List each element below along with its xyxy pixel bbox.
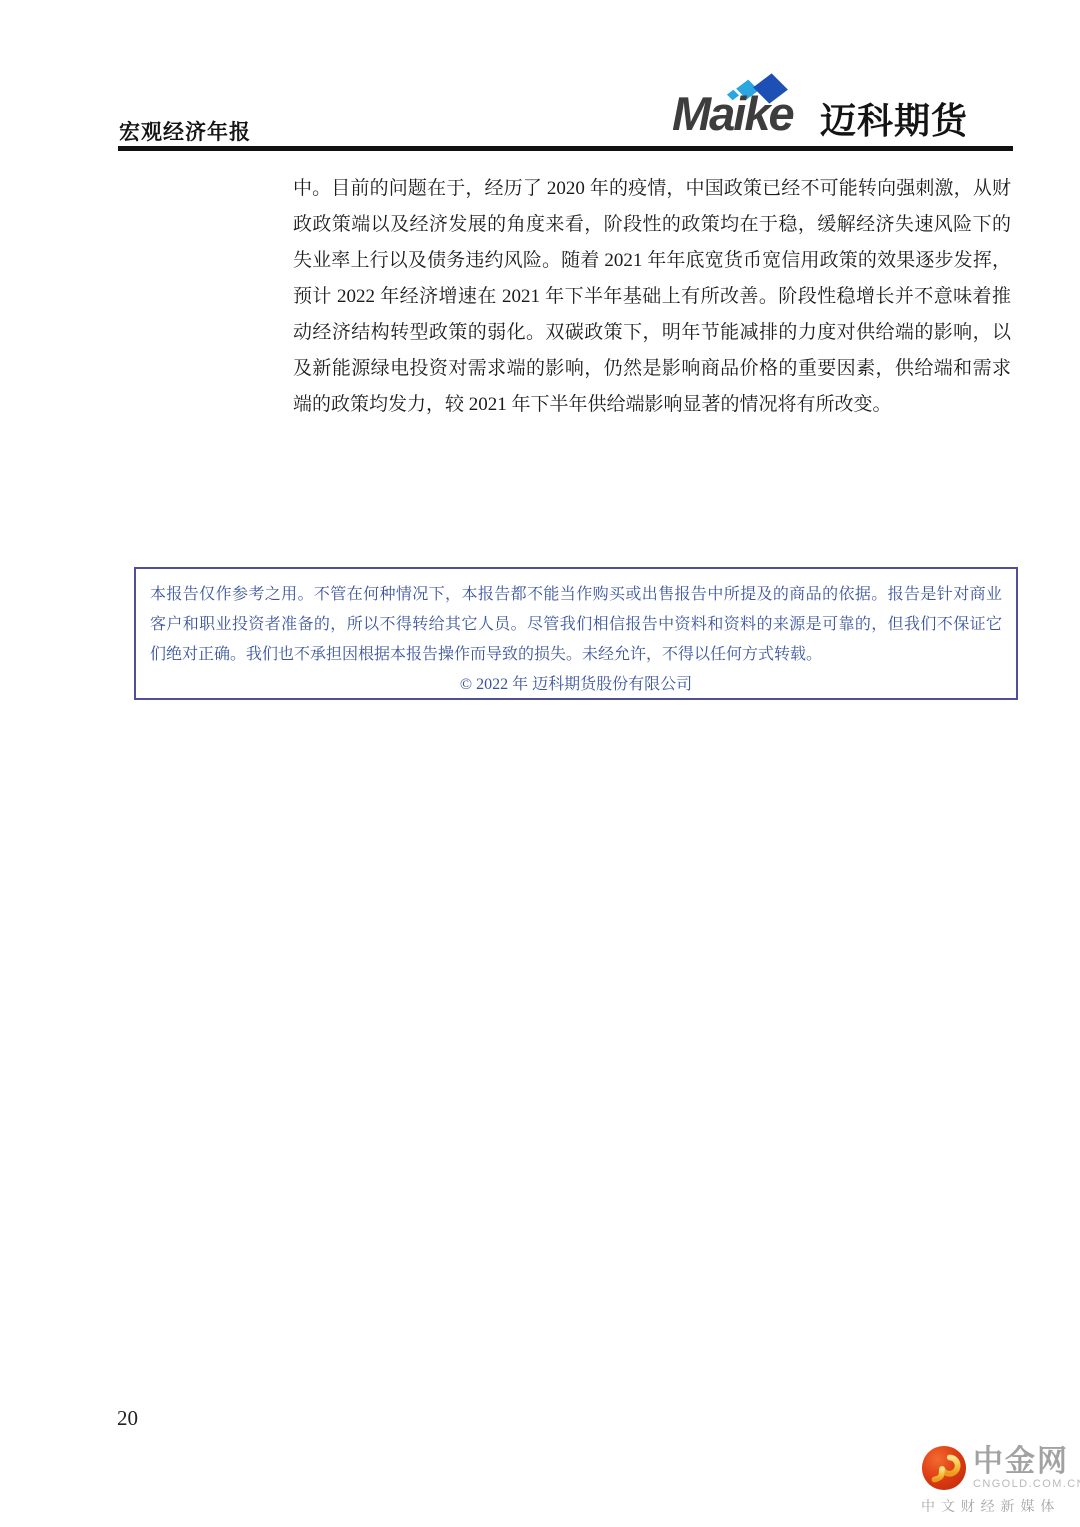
paragraph-line: 及新能源绿电投资对需求端的影响，仍然是影响商品价格的重要因素，供给端和需求 bbox=[293, 351, 1011, 387]
watermark-tagline: 中 文 财 经 新 媒 体 bbox=[921, 1496, 1071, 1516]
disclaimer-box: 本报告仅作参考之用。不管在何种情况下，本报告都不能当作购买或出售报告中所提及的商… bbox=[134, 567, 1018, 700]
disclaimer-line: 客户和职业投资者准备的，所以不得转给其它人员。尽管我们相信报告中资料和资料的来源… bbox=[150, 610, 1002, 640]
paragraph-line: 预计 2022 年经济增速在 2021 年下半年基础上有所改善。阶段性稳增长并不… bbox=[293, 279, 1011, 315]
logo-latin-text: Maike bbox=[672, 90, 793, 137]
logo-cjk-text: 迈科期货 bbox=[820, 103, 968, 139]
body-paragraph: 中。目前的问题在于，经历了 2020 年的疫情，中国政策已经不可能转向强刺激，从… bbox=[293, 171, 1011, 423]
paragraph-line: 端的政策均发力，较 2021 年下半年供给端影响显著的情况将有所改变。 bbox=[293, 387, 1011, 423]
maike-logo: Maike 迈科期货 bbox=[672, 76, 972, 146]
copyright-line: © 2022 年 迈科期货股份有限公司 bbox=[150, 670, 1002, 700]
disclaimer-line: 们绝对正确。我们也不承担因根据本报告操作而导致的损失。未经允许，不得以任何方式转… bbox=[150, 640, 1002, 670]
paragraph-line: 失业率上行以及债务违约风险。随着 2021 年年底宽货币宽信用政策的效果逐步发挥… bbox=[293, 243, 1011, 279]
paragraph-line: 中。目前的问题在于，经历了 2020 年的疫情，中国政策已经不可能转向强刺激，从… bbox=[293, 171, 1011, 207]
section-title: 宏观经济年报 bbox=[119, 116, 251, 146]
cngold-watermark: 中金网 CNGOLD.COM.CN 中 文 财 经 新 媒 体 bbox=[921, 1445, 1071, 1516]
page-number: 20 bbox=[117, 1406, 138, 1431]
watermark-brand: 中金网 bbox=[973, 1446, 1080, 1478]
paragraph-line: 政政策端以及经济发展的角度来看，阶段性的政策均在于稳，缓解经济失速风险下的 bbox=[293, 207, 1011, 243]
watermark-domain: CNGOLD.COM.CN bbox=[973, 1478, 1080, 1490]
cngold-logo-icon bbox=[921, 1445, 967, 1491]
paragraph-line: 动经济结构转型政策的弱化。双碳政策下，明年节能减排的力度对供给端的影响，以 bbox=[293, 315, 1011, 351]
disclaimer-line: 本报告仅作参考之用。不管在何种情况下，本报告都不能当作购买或出售报告中所提及的商… bbox=[150, 580, 1002, 610]
header-rule bbox=[118, 146, 1013, 151]
